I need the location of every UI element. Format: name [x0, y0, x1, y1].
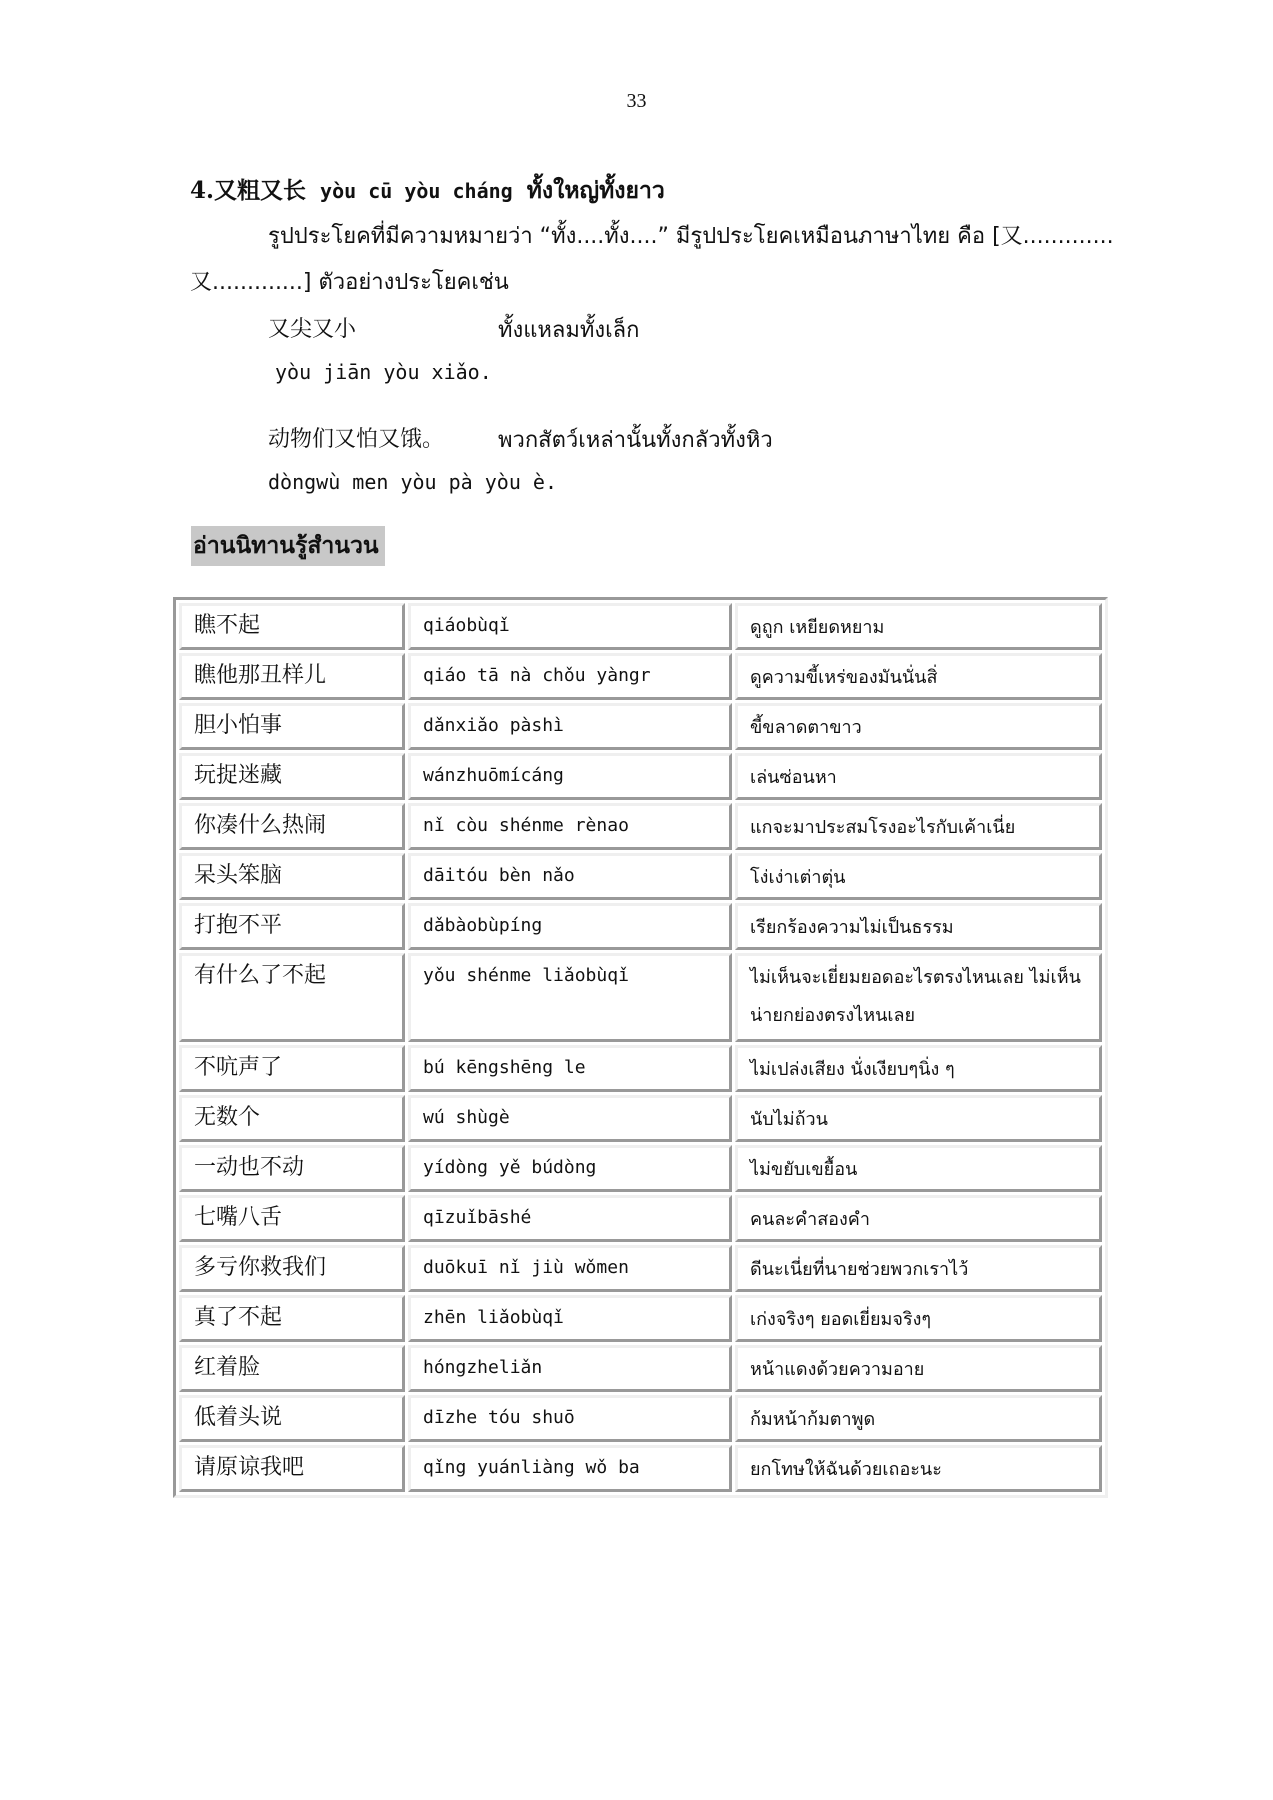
section-title: อ่านนิทานรู้สำนวน	[191, 526, 385, 566]
cell-thai: หน้าแดงด้วยความอาย	[735, 1345, 1102, 1392]
cell-pinyin: nǐ còu shénme rènao	[408, 803, 732, 850]
cell-thai: เก่งจริงๆ ยอดเยี่ยมจริงๆ	[735, 1295, 1102, 1342]
cell-chinese: 请原谅我吧	[179, 1445, 405, 1492]
table-row: 玩捉迷藏 wánzhuōmícáng เล่นซ่อนหา	[179, 753, 1102, 800]
cell-pinyin: duōkuī nǐ jiù wǒmen	[408, 1245, 732, 1292]
table-row: 真了不起 zhēn liǎobùqǐ เก่งจริงๆ ยอดเยี่ยมจร…	[179, 1295, 1102, 1342]
cell-pinyin: wánzhuōmícáng	[408, 753, 732, 800]
cell-thai: ดูความขี้เหร่ของมันนั่นสิ่	[735, 653, 1102, 700]
cell-thai: เล่นซ่อนหา	[735, 753, 1102, 800]
cell-pinyin: dīzhe tóu shuō	[408, 1395, 732, 1442]
table-row: 胆小怕事 dǎnxiǎo pàshì ขี้ขลาดตาขาว	[179, 703, 1102, 750]
heading-thai: ทั้งใหญ่ทั้งยาว	[527, 177, 665, 204]
section-heading: 4.又粗又长 yòu cū yòu cháng ทั้งใหญ่ทั้งยาว	[190, 172, 665, 209]
cell-chinese: 真了不起	[179, 1295, 405, 1342]
cell-thai: ยกโทษให้ฉันด้วยเถอะนะ	[735, 1445, 1102, 1492]
cell-chinese: 你凑什么热闹	[179, 803, 405, 850]
cell-chinese: 低着头说	[179, 1395, 405, 1442]
cell-pinyin: hóngzheliǎn	[408, 1345, 732, 1392]
cell-pinyin: dǎbàobùpíng	[408, 903, 732, 950]
cell-chinese: 七嘴八舌	[179, 1195, 405, 1242]
cell-thai: ก้มหน้าก้มตาพูด	[735, 1395, 1102, 1442]
cell-thai: โง่เง่าเต่าตุ่น	[735, 853, 1102, 900]
example-2-thai: พวกสัตว์เหล่านั้นทั้งกลัวทั้งหิว	[498, 422, 773, 457]
cell-pinyin: qīzuǐbāshé	[408, 1195, 732, 1242]
paragraph-line-1: รูปประโยคที่มีความหมายว่า “ทั้ง....ทั้ง.…	[268, 218, 1114, 253]
cell-thai: นับไม่ถ้วน	[735, 1095, 1102, 1142]
cell-chinese: 瞧不起	[179, 603, 405, 650]
table-row: 低着头说 dīzhe tóu shuō ก้มหน้าก้มตาพูด	[179, 1395, 1102, 1442]
table-row: 无数个 wú shùgè นับไม่ถ้วน	[179, 1095, 1102, 1142]
heading-number: 4.	[190, 177, 214, 204]
cell-chinese: 红着脸	[179, 1345, 405, 1392]
table-row: 请原谅我吧 qǐng yuánliàng wǒ ba ยกโทษให้ฉันด้…	[179, 1445, 1102, 1492]
cell-thai: ดูถูก เหยียดหยาม	[735, 603, 1102, 650]
cell-chinese: 打抱不平	[179, 903, 405, 950]
table-row: 瞧他那丑样儿 qiáo tā nà chǒu yàngr ดูความขี้เห…	[179, 653, 1102, 700]
cell-chinese: 有什么了不起	[179, 953, 405, 1042]
cell-thai: ขี้ขลาดตาขาว	[735, 703, 1102, 750]
heading-chinese: 又粗又长	[214, 177, 306, 204]
cell-chinese: 一动也不动	[179, 1145, 405, 1192]
cell-pinyin: zhēn liǎobùqǐ	[408, 1295, 732, 1342]
cell-chinese: 多亏你救我们	[179, 1245, 405, 1292]
example-1-pinyin: yòu jiān yòu xiǎo.	[275, 360, 492, 384]
cell-pinyin: qiáo tā nà chǒu yàngr	[408, 653, 732, 700]
cell-thai: ไม่เห็นจะเยี่ยมยอดอะไรตรงไหนเลย ไม่เห็นน…	[735, 953, 1102, 1042]
table-row: 瞧不起 qiáobùqǐ ดูถูก เหยียดหยาม	[179, 603, 1102, 650]
table-row: 不吭声了 bú kēngshēng le ไม่เปล่งเสียง นั่งเ…	[179, 1045, 1102, 1092]
cell-pinyin: qǐng yuánliàng wǒ ba	[408, 1445, 732, 1492]
cell-thai: แกจะมาประสมโรงอะไรกับเค้าเนี่ย	[735, 803, 1102, 850]
cell-pinyin: wú shùgè	[408, 1095, 732, 1142]
cell-thai: ดีนะเนี่ยที่นายช่วยพวกเราไว้	[735, 1245, 1102, 1292]
cell-pinyin: dāitóu bèn nǎo	[408, 853, 732, 900]
cell-pinyin: dǎnxiǎo pàshì	[408, 703, 732, 750]
table-row: 多亏你救我们 duōkuī nǐ jiù wǒmen ดีนะเนี่ยที่น…	[179, 1245, 1102, 1292]
cell-pinyin: yǒu shénme liǎobùqǐ	[408, 953, 732, 1042]
cell-chinese: 无数个	[179, 1095, 405, 1142]
page-number: 33	[0, 90, 1273, 113]
table-row: 有什么了不起 yǒu shénme liǎobùqǐ ไม่เห็นจะเยี่…	[179, 953, 1102, 1042]
table-row: 红着脸 hóngzheliǎn หน้าแดงด้วยความอาย	[179, 1345, 1102, 1392]
cell-pinyin: yídòng yě búdòng	[408, 1145, 732, 1192]
table-row: 呆头笨脑 dāitóu bèn nǎo โง่เง่าเต่าตุ่น	[179, 853, 1102, 900]
table-row: 七嘴八舌 qīzuǐbāshé คนละคำสองคำ	[179, 1195, 1102, 1242]
table-row: 一动也不动 yídòng yě búdòng ไม่ขยับเขยื้อน	[179, 1145, 1102, 1192]
table-row: 你凑什么热闹 nǐ còu shénme rènao แกจะมาประสมโร…	[179, 803, 1102, 850]
cell-thai: ไม่เปล่งเสียง นั่งเงียบๆนิ่ง ๆ	[735, 1045, 1102, 1092]
cell-pinyin: bú kēngshēng le	[408, 1045, 732, 1092]
example-1-chinese: 又尖又小	[268, 312, 356, 343]
example-2-chinese: 动物们又怕又饿。	[268, 422, 444, 453]
vocab-table: 瞧不起 qiáobùqǐ ดูถูก เหยียดหยาม 瞧他那丑样儿 qiá…	[173, 597, 1108, 1498]
cell-chinese: 呆头笨脑	[179, 853, 405, 900]
cell-thai: เรียกร้องความไม่เป็นธรรม	[735, 903, 1102, 950]
heading-pinyin: yòu cū yòu cháng	[320, 179, 513, 203]
cell-chinese: 瞧他那丑样儿	[179, 653, 405, 700]
cell-chinese: 玩捉迷藏	[179, 753, 405, 800]
cell-pinyin: qiáobùqǐ	[408, 603, 732, 650]
cell-chinese: 不吭声了	[179, 1045, 405, 1092]
cell-thai: คนละคำสองคำ	[735, 1195, 1102, 1242]
example-1-thai: ทั้งแหลมทั้งเล็ก	[498, 312, 639, 347]
example-2-pinyin: dòngwù men yòu pà yòu è.	[268, 470, 557, 494]
cell-thai: ไม่ขยับเขยื้อน	[735, 1145, 1102, 1192]
paragraph-line-2: 又.............] ตัวอย่างประโยคเช่น	[190, 264, 509, 299]
table-row: 打抱不平 dǎbàobùpíng เรียกร้องความไม่เป็นธรร…	[179, 903, 1102, 950]
cell-chinese: 胆小怕事	[179, 703, 405, 750]
